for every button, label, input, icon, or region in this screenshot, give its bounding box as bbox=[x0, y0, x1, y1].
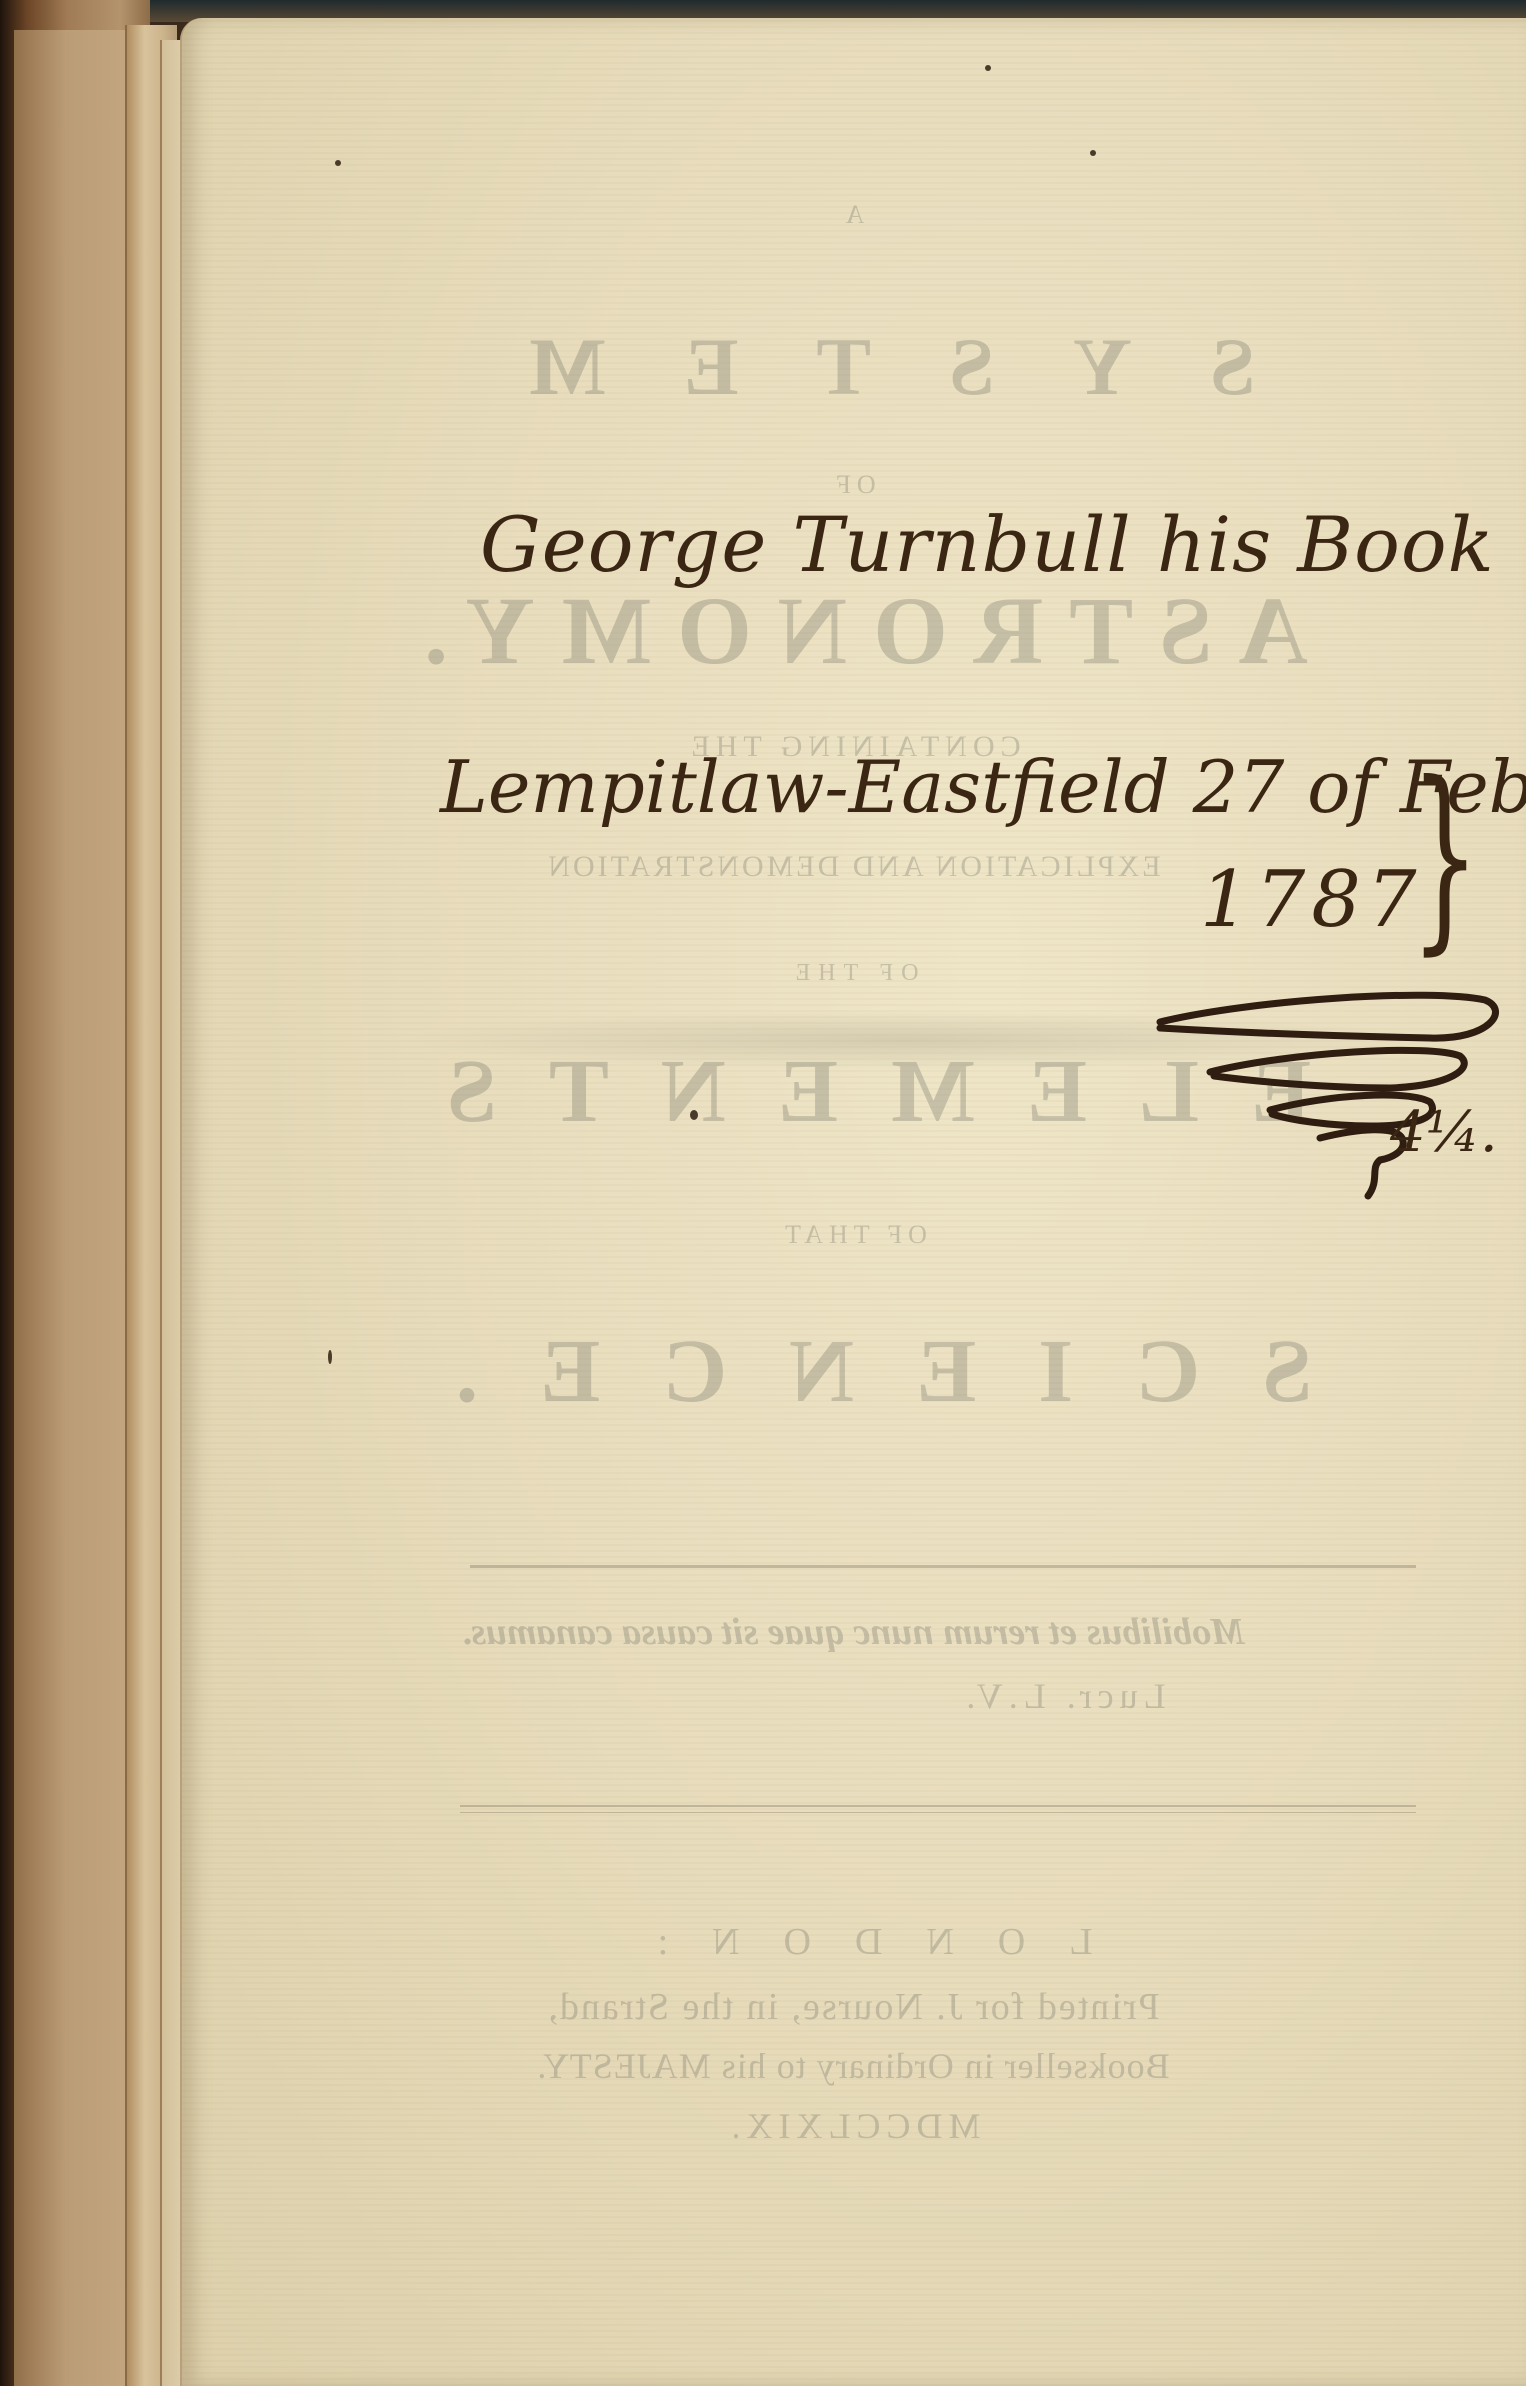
offset-motto-citation: Lucr. L.V. bbox=[180, 1675, 1526, 1717]
offset-imprint-city: LONDON: bbox=[180, 1920, 1526, 1964]
offset-a: A bbox=[180, 200, 1526, 230]
offset-imprint-printer: Printed for J. Nourse, in the Strand, bbox=[180, 1985, 1526, 2029]
offset-rule-bottom bbox=[460, 1805, 1416, 1807]
offset-rule-top bbox=[470, 1565, 1416, 1568]
inscription-owner: George Turnbull his Book bbox=[480, 500, 1495, 589]
offset-of-that: OF THAT bbox=[180, 1220, 1526, 1250]
brace-glyph-icon: } bbox=[1410, 740, 1480, 973]
offset-imprint-bookseller: Bookseller in Ordinary to his MAJESTY. bbox=[180, 2045, 1526, 2087]
foxing-speck bbox=[328, 1350, 332, 1364]
foxing-speck bbox=[985, 65, 991, 71]
offset-of: OF bbox=[180, 470, 1526, 500]
foxing-speck bbox=[1090, 150, 1096, 156]
offset-imprint-date: MDCCLXIX. bbox=[180, 2105, 1526, 2147]
offset-motto: Mobilibus et rerum nunc quae sit causa c… bbox=[180, 1610, 1526, 1654]
offset-system: SYSTEM bbox=[180, 320, 1526, 414]
inscription-place: Lempitlaw-Eastfield 27 of Feb bbox=[440, 745, 1526, 829]
offset-rule-bottom-thin bbox=[460, 1812, 1416, 1813]
inscription-price: 4¼. bbox=[1390, 1100, 1498, 1165]
foxing-speck bbox=[690, 1110, 698, 1120]
offset-astronomy: ASTRONOMY. bbox=[180, 575, 1526, 686]
inscription-place-date: Lempitlaw-Eastfield 27 of Febry bbox=[440, 745, 1526, 829]
foxing-speck bbox=[335, 160, 341, 166]
inscription-year: 1787 bbox=[1200, 855, 1423, 945]
offset-science: SCIENCE. bbox=[180, 1320, 1526, 1423]
